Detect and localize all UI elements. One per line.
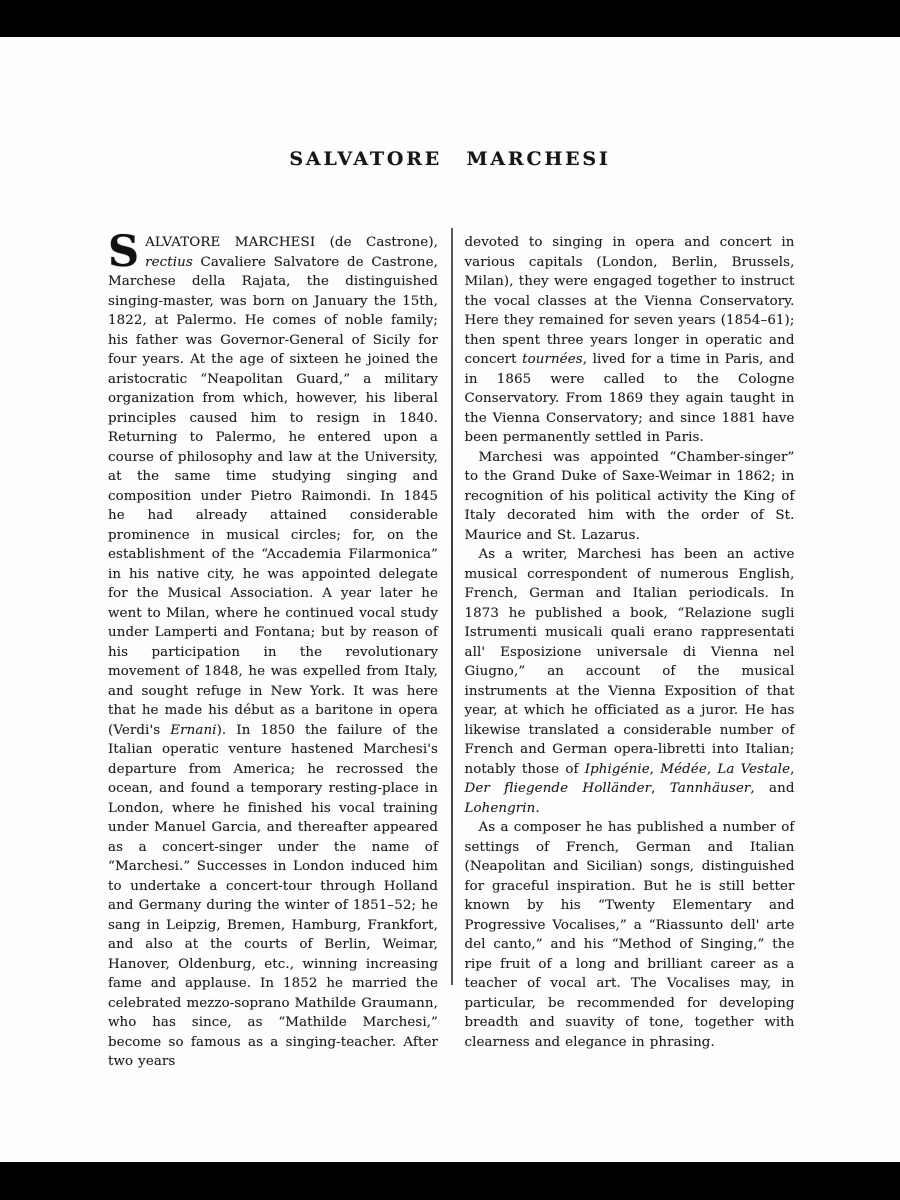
paragraph: As a writer, Marchesi has been an active…: [465, 545, 795, 818]
paragraph: Marchesi was appointed “Chamber-singer” …: [465, 448, 795, 546]
paragraph: devoted to singing in opera and concert …: [465, 233, 795, 448]
scan-border-top: [0, 0, 900, 37]
paragraph-text: ALVATORE MARCHESI (de Castrone), rectius…: [108, 235, 438, 1069]
right-column: devoted to singing in opera and concert …: [465, 233, 795, 1072]
article-columns: SALVATORE MARCHESI (de Castrone), rectiu…: [108, 233, 795, 1072]
column-divider-rule: [451, 228, 453, 985]
drop-cap: S: [108, 233, 145, 269]
left-column: SALVATORE MARCHESI (de Castrone), rectiu…: [108, 233, 438, 1072]
page-title: SALVATORE MARCHESI: [0, 148, 900, 170]
paragraph: SALVATORE MARCHESI (de Castrone), rectiu…: [108, 233, 438, 1072]
scan-border-bottom: [0, 1162, 900, 1200]
paragraph: As a composer he has published a number …: [465, 818, 795, 1052]
